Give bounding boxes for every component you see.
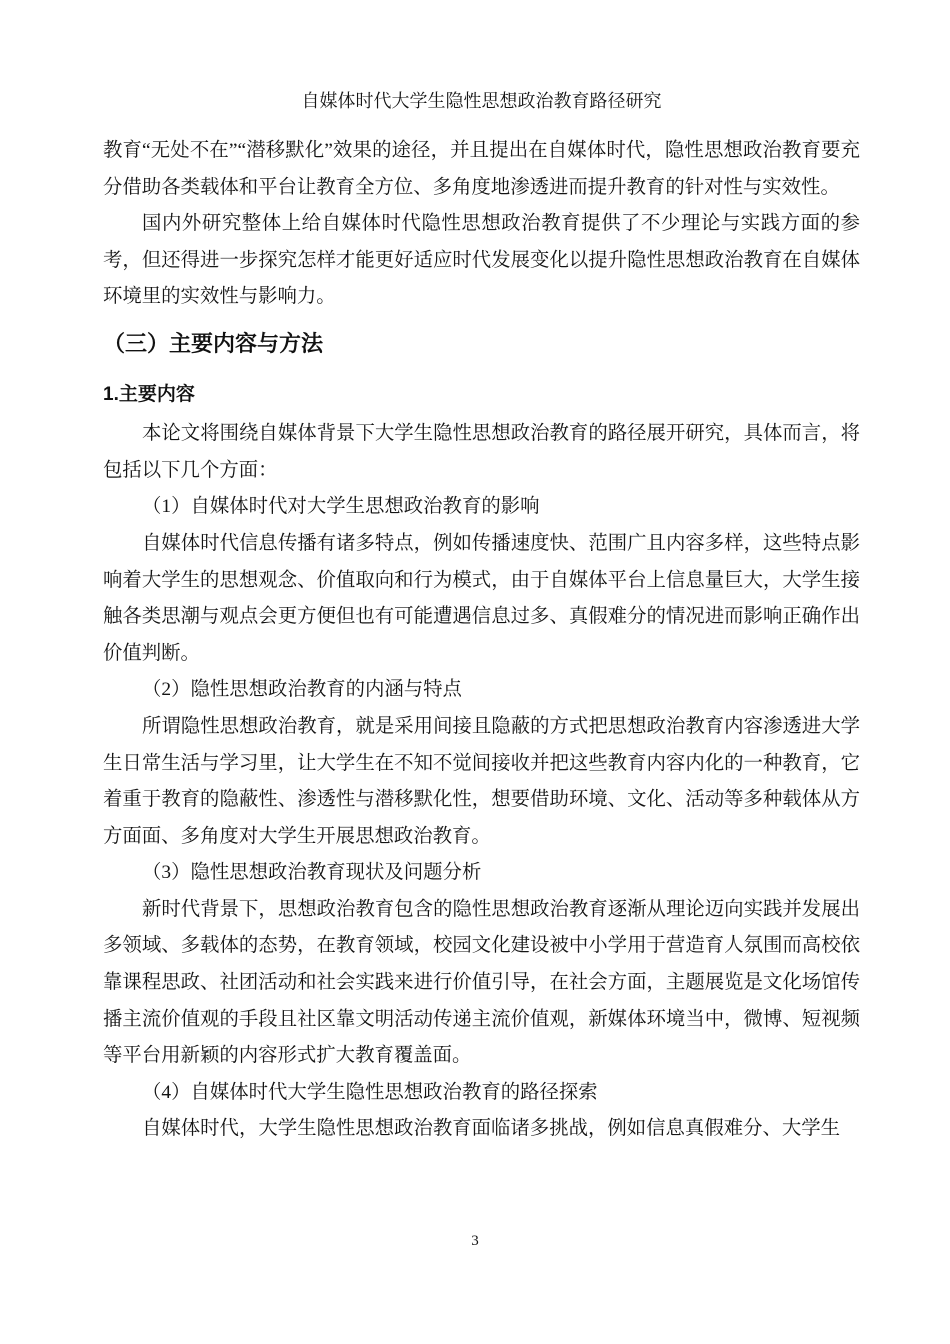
paragraph-intro-summary: 国内外研究整体上给自媒体时代隐性思想政治教育提供了不少理论与实践方面的参考，但还… — [103, 206, 860, 316]
item-4-title: （4）自媒体时代大学生隐性思想政治教育的路径探索 — [103, 1075, 860, 1112]
section-heading-main-content-methods: （三）主要内容与方法 — [103, 326, 860, 363]
paragraph-overview: 本论文将围绕自媒体背景下大学生隐性思想政治教育的路径展开研究，具体而言，将包括以… — [103, 416, 860, 489]
item-1-body: 自媒体时代信息传播有诸多特点，例如传播速度快、范围广且内容多样，这些特点影响着大… — [103, 526, 860, 672]
document-body: 教育“无处不在”“潜移默化”效果的途径，并且提出在自媒体时代，隐性思想政治教育要… — [103, 133, 860, 1148]
item-2-title: （2）隐性思想政治教育的内涵与特点 — [103, 672, 860, 709]
item-3-title: （3）隐性思想政治教育现状及问题分析 — [103, 855, 860, 892]
item-4-body: 自媒体时代，大学生隐性思想政治教育面临诸多挑战，例如信息真假难分、大学生 — [103, 1111, 860, 1148]
item-2-body: 所谓隐性思想政治教育，就是采用间接且隐蔽的方式把思想政治教育内容渗透进大学生日常… — [103, 709, 860, 855]
running-header-title: 自媒体时代大学生隐性思想政治教育路径研究 — [103, 89, 860, 113]
paragraph-intro-continuation: 教育“无处不在”“潜移默化”效果的途径，并且提出在自媒体时代，隐性思想政治教育要… — [103, 133, 860, 206]
document-page: 自媒体时代大学生隐性思想政治教育路径研究 教育“无处不在”“潜移默化”效果的途径… — [0, 0, 950, 1344]
item-1-title: （1）自媒体时代对大学生思想政治教育的影响 — [103, 489, 860, 526]
page-number: 3 — [0, 1232, 950, 1250]
item-3-body: 新时代背景下，思想政治教育包含的隐性思想政治教育逐渐从理论迈向实践并发展出多领域… — [103, 892, 860, 1075]
sub-heading-main-content: 1.主要内容 — [103, 377, 860, 414]
